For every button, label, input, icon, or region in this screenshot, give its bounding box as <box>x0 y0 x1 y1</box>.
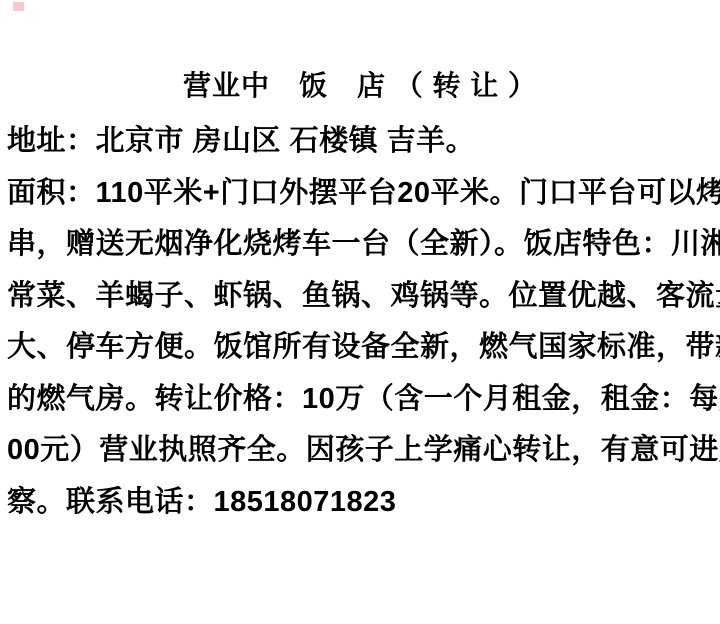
description-line: 串，赠送无烟净化烧烤车一台（全新）。饭店特色：川湘家 <box>7 219 714 271</box>
listing-page: 营业中 饭 店 （ 转 让 ） 地址：北京市 房山区 石楼镇 吉羊。 面积：11… <box>0 0 720 624</box>
description-line: 00元）营业执照齐全。因孩子上学痛心转让，有意可进店考 <box>7 425 714 477</box>
description-line: 的燃气房。转让价格：10万（含一个月租金，租金：每月26 <box>7 374 714 426</box>
description-line: 常菜、羊蝎子、虾锅、鱼锅、鸡锅等。位置优越、客流量 <box>7 271 714 323</box>
corner-mark-icon <box>13 2 24 11</box>
address-line: 地址：北京市 房山区 石楼镇 吉羊。 <box>7 116 714 168</box>
listing-title: 营业中 饭 店 （ 转 让 ） <box>0 66 720 106</box>
description-line: 大、停车方便。饭馆所有设备全新，燃气国家标准，带新建 <box>7 322 714 374</box>
description-line: 面积：110平米+门口外摆平台20平米。门口平台可以烤 <box>7 168 714 220</box>
contact-line: 察。联系电话：18518071823 <box>7 477 714 529</box>
listing-body: 地址：北京市 房山区 石楼镇 吉羊。 面积：110平米+门口外摆平台20平米。门… <box>7 116 714 528</box>
